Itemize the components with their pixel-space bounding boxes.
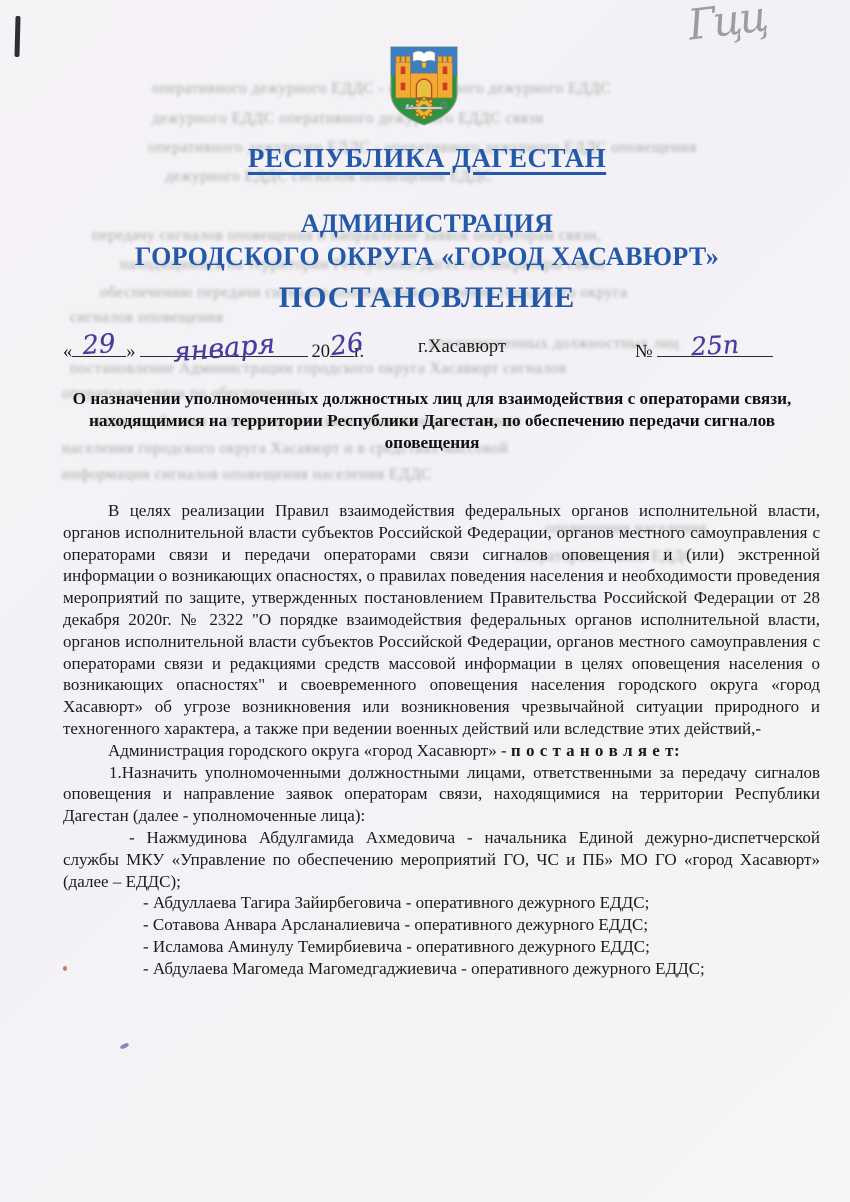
resolution-line: Администрация городского округа «город Х… [63,740,820,762]
khasavyurt-coat-of-arms-icon [385,45,463,127]
appointee-item: - Нажмудинова Абдулгамида Ахмедовича - н… [63,827,820,892]
day-blank: 29 [72,337,126,357]
document-type-header: ПОСТАНОВЛЕНИЕ [40,281,814,315]
year-blank: 26 [330,337,354,357]
pen-corner-mark [14,16,20,57]
appointee-item: - Исламова Аминулу Темирбиевича - операт… [63,936,820,958]
clause-1-intro: 1.Назначить уполномоченными должностными… [63,762,820,827]
number-sign: № [635,342,653,362]
date-field: «29»января2026г. [63,337,364,363]
document-title: О назначении уполномоченных должностных … [70,388,794,454]
scanned-decree-page: оперативного дежурного ЕДДС - оперативно… [0,0,850,1202]
handwritten-month: января [138,326,308,372]
administration-header: АДМИНИСТРАЦИЯ ГОРОДСКОГО ОКРУГА «ГОРОД Х… [40,207,814,273]
appointee-item: - Абдулаева Магомеда Магомедгаджиевича -… [63,958,820,980]
ink-speck [120,1042,130,1049]
administration-line1: АДМИНИСТРАЦИЯ [40,207,814,240]
quote-close: » [126,342,135,362]
handwritten-pencil-note: Гцц [685,0,768,50]
quote-open: « [63,342,72,362]
number-blank: 25п [657,337,773,357]
handwritten-year: 26 [324,327,370,363]
appointee-item: - Абдуллаева Тагира Зайирбеговича - опер… [63,892,820,914]
republic-header: РЕСПУБЛИКА ДАГЕСТАН [40,143,814,174]
administration-line2: ГОРОДСКОГО ОКРУГА «ГОРОД ХАСАВЮРТ» [40,240,814,273]
resolution-prefix: Администрация городского округа «город Х… [108,741,511,760]
number-field: №25п [635,337,773,363]
handwritten-number: 25п [656,328,773,363]
preamble-paragraph: В целях реализации Правил взаимодействия… [63,500,820,740]
month-blank: января [140,337,308,357]
handwritten-day: 29 [71,328,127,362]
dateline-row: «29»января2026г. г.Хасавюрт №25п [63,327,820,373]
document-body: В целях реализации Правил взаимодействия… [63,500,820,980]
resolution-verb: п о с т а н о в л я е т: [511,741,680,760]
appointee-item: - Сотавова Анвара Арсланалиевича - опера… [63,914,820,936]
city-label: г.Хасавюрт [418,337,506,358]
